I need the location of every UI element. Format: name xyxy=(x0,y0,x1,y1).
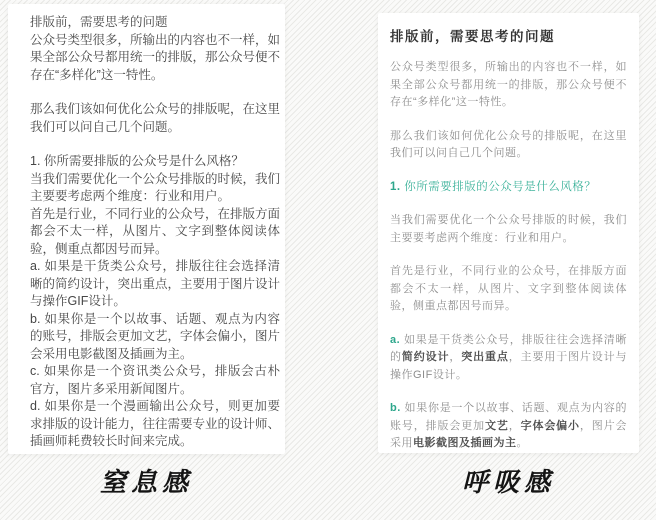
text-segment: 你所需要排版的公众号是什么风格？ xyxy=(401,181,597,193)
text-segment: a. xyxy=(390,334,400,346)
right-heading: 1. 你所需要排版的公众号是什么风格？ xyxy=(390,179,627,197)
right-paragraph: 那么我们该如何优化公众号的排版呢，在这里我们可以问自己几个问题。 xyxy=(390,128,627,163)
right-paragraph: a. 如果是干货类公众号，排版往往会选择清晰的简约设计，突出重点，主要用于图片设… xyxy=(390,332,627,385)
left-paragraph-3: 1. 你所需要排版的公众号是什么风格？ 当我们需要优化一个公众号排版的时候，我们… xyxy=(30,153,280,451)
left-layout-card: 排版前，需要思考的问题 公众号类型很多，所输出的内容也不一样，如果全部公众号都用… xyxy=(8,4,285,454)
right-paragraph: b. 如果你是一个以故事、话题、观点为内容的账号，排版会更加文艺，字体会偏小，图… xyxy=(390,400,627,453)
text-segment: 那么我们该如何优化公众号的排版呢，在这里我们可以问自己几个问题。 xyxy=(390,130,627,160)
text-segment: 电影截图及插画为主 xyxy=(413,437,517,449)
text-segment: 字体会偏小 xyxy=(521,420,580,432)
text-segment: b. xyxy=(390,402,401,414)
text-segment: 公众号类型很多，所输出的内容也不一样，如果全部公众号都用统一的排版，那公众号便不… xyxy=(390,61,627,108)
right-caption: 呼吸感 xyxy=(378,462,639,499)
right-paragraph: 当我们需要优化一个公众号排版的时候，我们主要要考虑两个维度：行业和用户。 xyxy=(390,212,627,247)
text-segment: 文艺 xyxy=(485,420,509,432)
layout-comparison-canvas: 排版前，需要思考的问题 公众号类型很多，所输出的内容也不一样，如果全部公众号都用… xyxy=(0,0,656,520)
right-layout-card: 排版前，需要思考的问题 公众号类型很多，所输出的内容也不一样，如果全部公众号都用… xyxy=(378,13,639,453)
text-segment: ， xyxy=(449,351,461,363)
text-segment: 当我们需要优化一个公众号排版的时候，我们主要要考虑两个维度：行业和用户。 xyxy=(390,214,627,244)
text-segment: 首先是行业，不同行业的公众号，在排版方面都会不太一样，从图片、文字到整体阅读体验… xyxy=(390,265,627,312)
right-article-title: 排版前，需要思考的问题 xyxy=(390,25,627,45)
left-paragraph-1: 排版前，需要思考的问题 公众号类型很多，所输出的内容也不一样，如果全部公众号都用… xyxy=(30,14,280,84)
right-paragraph: 首先是行业，不同行业的公众号，在排版方面都会不太一样，从图片、文字到整体阅读体验… xyxy=(390,263,627,316)
right-blocks: 公众号类型很多，所输出的内容也不一样，如果全部公众号都用统一的排版，那公众号便不… xyxy=(390,59,627,453)
left-caption: 窒息感 xyxy=(8,462,285,499)
text-segment: 。 xyxy=(517,437,529,449)
text-segment: ， xyxy=(509,420,521,432)
text-segment: 简约设计 xyxy=(402,351,449,363)
left-paragraph-2: 那么我们该如何优化公众号的排版呢，在这里我们可以问自己几个问题。 xyxy=(30,101,280,136)
right-paragraph: 公众号类型很多，所输出的内容也不一样，如果全部公众号都用统一的排版，那公众号便不… xyxy=(390,59,627,112)
text-segment: 突出重点 xyxy=(461,351,508,363)
text-segment: 1. xyxy=(390,181,401,193)
